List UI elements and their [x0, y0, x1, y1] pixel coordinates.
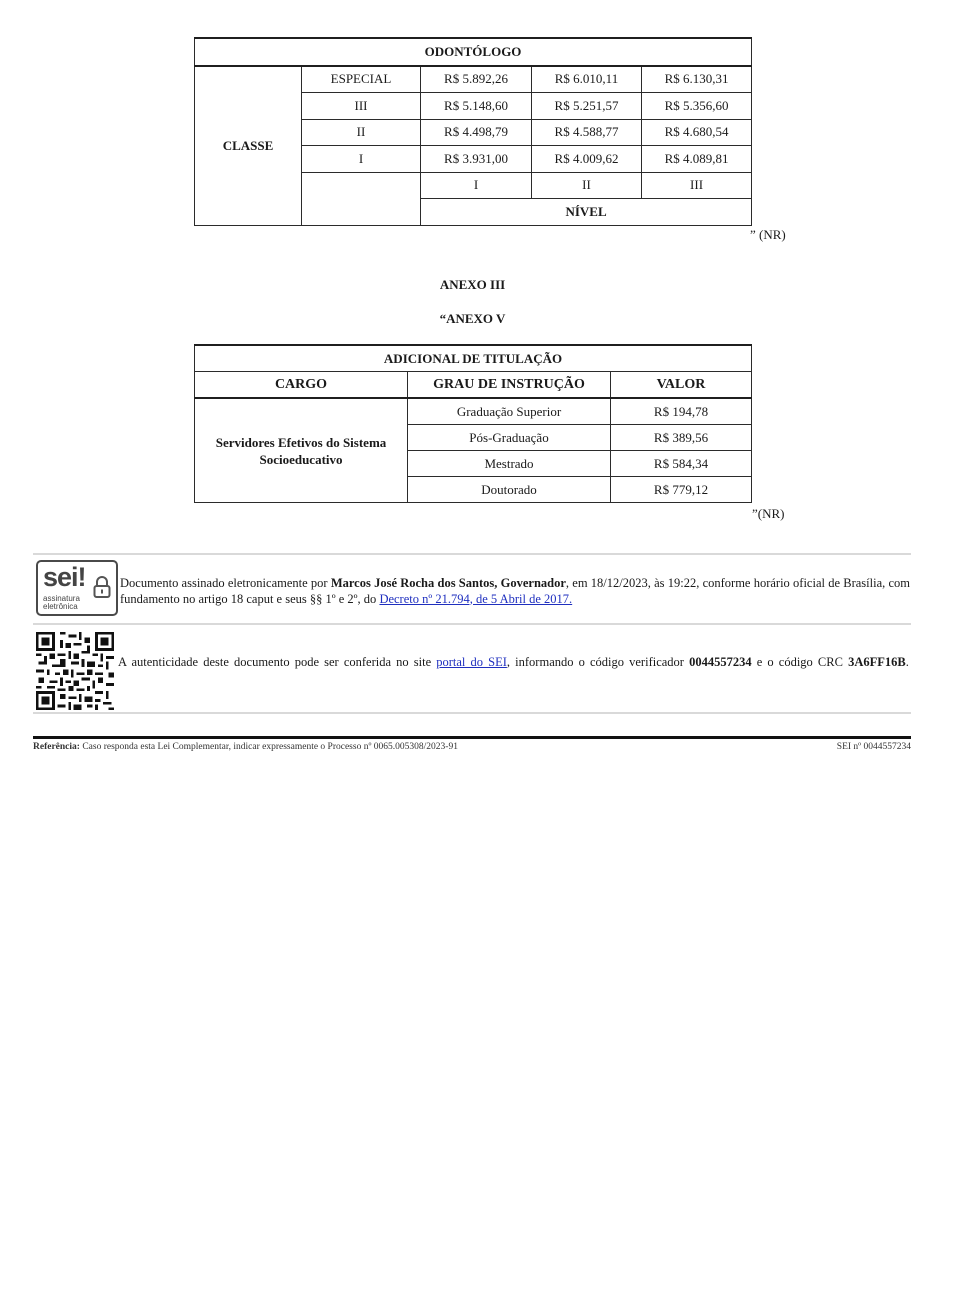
value-cell: R$ 4.498,79: [421, 119, 532, 146]
authenticity-mid2: e o código CRC: [752, 655, 848, 669]
value-cell: R$ 4.089,81: [642, 146, 752, 173]
grau-cell: Mestrado: [408, 451, 611, 477]
electronic-signature-block: sei! assinaturaeletrônica Documento assi…: [33, 558, 911, 620]
classe-cell: ESPECIAL: [302, 66, 421, 93]
table-row: Servidores Efetivos do Sistema Socioeduc…: [195, 398, 752, 425]
column-header: VALOR: [611, 372, 752, 399]
empty-cell: [302, 172, 421, 225]
value-cell: R$ 3.931,00: [421, 146, 532, 173]
column-header: GRAU DE INSTRUÇÃO: [408, 372, 611, 399]
sei-logo-subtitle: assinaturaeletrônica: [43, 595, 80, 611]
authenticity-block: A autenticidade deste documento pode ser…: [33, 630, 911, 710]
odontologo-salary-table: ODONTÓLOGO CLASSE ESPECIAL R$ 5.892,26 R…: [194, 37, 752, 226]
divider: [33, 712, 911, 714]
divider: [33, 623, 911, 625]
sei-logo-sub2: eletrônica: [43, 602, 78, 611]
footer-sei-number: SEI nº 0044557234: [837, 742, 911, 752]
anexo-v-heading: “ANEXO V: [0, 311, 945, 327]
qr-code-icon: [36, 632, 114, 710]
footer-reference: Referência: Caso responda esta Lei Compl…: [33, 742, 458, 752]
valor-cell: R$ 194,78: [611, 398, 752, 425]
signer-role: Governador: [501, 576, 566, 590]
grau-cell: Doutorado: [408, 477, 611, 503]
value-cell: R$ 6.010,11: [532, 66, 642, 93]
table-title: ODONTÓLOGO: [195, 38, 752, 66]
grau-cell: Pós-Graduação: [408, 425, 611, 451]
value-cell: R$ 4.588,77: [532, 119, 642, 146]
classe-cell: II: [302, 119, 421, 146]
value-cell: R$ 5.148,60: [421, 93, 532, 120]
signature-text: Documento assinado eletronicamente por M…: [120, 576, 910, 607]
signature-prefix: Documento assinado eletronicamente por: [120, 576, 331, 590]
value-cell: R$ 4.009,62: [532, 146, 642, 173]
authenticity-text: A autenticidade deste documento pode ser…: [118, 654, 910, 670]
nivel-label: NÍVEL: [421, 199, 752, 226]
nivel-column: I: [421, 172, 532, 199]
classe-cell: III: [302, 93, 421, 120]
table-title: ADICIONAL DE TITULAÇÃO: [195, 345, 752, 372]
footer-divider: [33, 736, 911, 739]
valor-cell: R$ 779,12: [611, 477, 752, 503]
signer-name: Marcos José Rocha dos Santos: [331, 576, 494, 590]
authenticity-mid: , informando o código verificador: [507, 655, 689, 669]
row-group-label: CLASSE: [195, 66, 302, 226]
nr-closing: ”(NR): [752, 506, 785, 522]
sei-signature-logo: sei! assinaturaeletrônica: [36, 560, 118, 616]
adicional-titulacao-table: ADICIONAL DE TITULAÇÃO CARGO GRAU DE INS…: [194, 344, 752, 503]
portal-sei-link[interactable]: portal do SEI: [436, 655, 507, 669]
nivel-column: II: [532, 172, 642, 199]
valor-cell: R$ 584,34: [611, 451, 752, 477]
nr-closing: ” (NR): [750, 227, 786, 243]
authenticity-prefix: A autenticidade deste documento pode ser…: [118, 655, 436, 669]
table-row: CLASSE ESPECIAL R$ 5.892,26 R$ 6.010,11 …: [195, 66, 752, 93]
value-cell: R$ 4.680,54: [642, 119, 752, 146]
anexo-iii-heading: ANEXO III: [0, 277, 945, 293]
valor-cell: R$ 389,56: [611, 425, 752, 451]
authenticity-end: .: [906, 655, 909, 669]
value-cell: R$ 5.251,57: [532, 93, 642, 120]
sei-logo-word: sei!: [43, 562, 86, 593]
reference-text: Caso responda esta Lei Complementar, ind…: [80, 742, 458, 752]
reference-label: Referência:: [33, 742, 80, 752]
divider: [33, 553, 911, 555]
grau-cell: Graduação Superior: [408, 398, 611, 425]
column-header: CARGO: [195, 372, 408, 399]
classe-cell: I: [302, 146, 421, 173]
value-cell: R$ 5.356,60: [642, 93, 752, 120]
nivel-column: III: [642, 172, 752, 199]
cargo-cell: Servidores Efetivos do Sistema Socioeduc…: [195, 398, 408, 503]
decree-link[interactable]: Decreto nº 21.794, de 5 Abril de 2017.: [379, 592, 572, 606]
value-cell: R$ 5.892,26: [421, 66, 532, 93]
lock-icon: [93, 576, 111, 598]
verifier-code: 0044557234: [689, 655, 752, 669]
value-cell: R$ 6.130,31: [642, 66, 752, 93]
crc-code: 3A6FF16B: [848, 655, 906, 669]
